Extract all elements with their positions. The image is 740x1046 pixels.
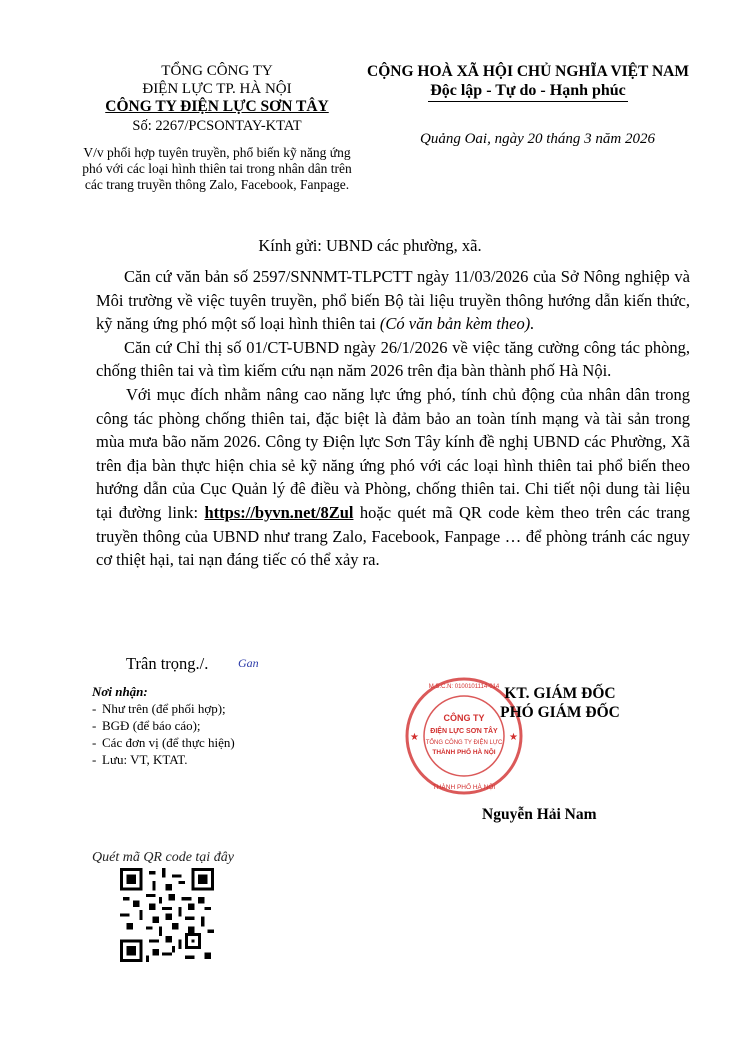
national-header: CỘNG HOÀ XÃ HỘI CHỦ NGHĨA VIỆT NAM Độc l…: [346, 62, 710, 102]
parent-org-line1: TỔNG CÔNG TY: [82, 62, 352, 80]
signatory-name: Nguyễn Hải Nam: [482, 806, 597, 824]
parent-org-line2: ĐIỆN LỰC TP. HÀ NỘI: [82, 80, 352, 98]
document-number: Số: 2267/PCSONTAY-KTAT: [82, 117, 352, 135]
issue-date: Quảng Oai, ngày 20 tháng 3 năm 2026: [420, 131, 655, 148]
svg-text:★: ★: [410, 732, 419, 743]
svg-text:★: ★: [509, 732, 518, 743]
svg-text:TỔNG CÔNG TY ĐIỆN LỰC: TỔNG CÔNG TY ĐIỆN LỰC: [426, 738, 503, 746]
initials-signature: Gan: [238, 656, 259, 671]
paragraph-2: Căn cứ Chỉ thị số 01/CT-UBND ngày 26/1/2…: [96, 336, 690, 383]
qr-label: Quét mã QR code tại đây: [92, 850, 234, 866]
issuer-header: TỔNG CÔNG TY ĐIỆN LỰC TP. HÀ NỘI CÔNG TY…: [82, 62, 352, 193]
paragraph-1: Căn cứ văn bản số 2597/SNNMT-TLPCTT ngày…: [96, 265, 690, 336]
svg-text:THÀNH PHỐ HÀ NỘI: THÀNH PHỐ HÀ NỘI: [433, 781, 496, 791]
attachment-note: (Có văn bản kèm theo).: [380, 314, 534, 333]
document-subject: V/v phối hợp tuyên truyền, phổ biến kỹ n…: [82, 145, 352, 193]
recipient-item: Các đơn vị (để thực hiện): [92, 734, 235, 751]
recipient-item: Như trên (để phối hợp);: [92, 700, 235, 717]
company-name: CÔNG TY ĐIỆN LỰC SƠN TÂY: [82, 98, 352, 116]
recipients-list: Nơi nhận: Như trên (để phối hợp); BGĐ (đ…: [92, 683, 235, 768]
national-motto: Độc lập - Tự do - Hạnh phúc: [346, 81, 710, 100]
letter-body: Căn cứ văn bản số 2597/SNNMT-TLPCTT ngày…: [96, 265, 690, 572]
closing-regards: Trân trọng./.: [126, 654, 208, 674]
recipients-title: Nơi nhận:: [92, 683, 235, 700]
recipient-item: Lưu: VT, KTAT.: [92, 751, 235, 768]
signatory-title-2: PHÓ GIÁM ĐỐC: [450, 703, 670, 722]
recipient-item: BGĐ (để báo cáo);: [92, 717, 235, 734]
svg-text:THÀNH PHỐ HÀ NỘI: THÀNH PHỐ HÀ NỘI: [432, 746, 495, 756]
svg-text:ĐIỆN LỰC SƠN TÂY: ĐIỆN LỰC SƠN TÂY: [430, 726, 498, 735]
recipient-line: Kính gửi: UBND các phường, xã.: [0, 236, 740, 256]
qr-code-icon[interactable]: [120, 868, 214, 962]
paragraph-3: Với mục đích nhằm nâng cao năng lực ứng …: [96, 383, 690, 572]
signature-block: KT. GIÁM ĐỐC PHÓ GIÁM ĐỐC: [450, 684, 670, 722]
document-link[interactable]: https://byvn.net/8Zul: [204, 503, 353, 522]
nation-title: CỘNG HOÀ XÃ HỘI CHỦ NGHĨA VIỆT NAM: [346, 62, 710, 81]
motto-underline: [428, 101, 628, 102]
signatory-title-1: KT. GIÁM ĐỐC: [450, 684, 670, 703]
